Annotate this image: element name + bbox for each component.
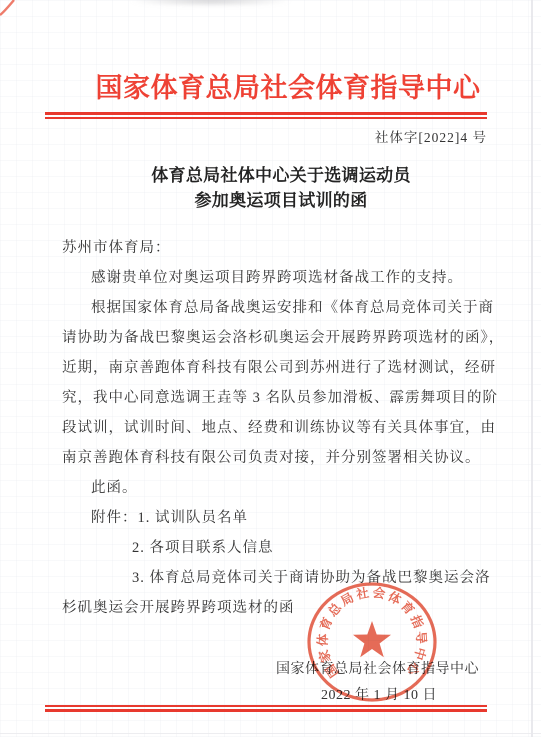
scan-smudge: [128, 0, 293, 6]
title-line-2: 参加奥运项目试训的函: [151, 188, 411, 213]
red-pen-mark-icon: [0, 0, 22, 22]
header-rule: [45, 112, 487, 119]
attachment-line-3-cont: 杉矶奥运会开展跨界跨项选材的函: [62, 593, 514, 623]
letter-body: 苏州市体育局： 感谢贵单位对奥运项目跨界跨项选材备战工作的支持。 根据国家体育总…: [62, 233, 514, 623]
letterhead-org-name: 国家体育总局社会体育指导中心: [96, 66, 481, 105]
attachment-line-2: 2. 各项目联系人信息: [62, 533, 514, 563]
body-line: 根据国家体育总局备战奥运安排和《体育总局竞体司关于商: [62, 293, 514, 323]
title-line-1: 体育总局社体中心关于选调运动员: [151, 163, 411, 188]
attachment-line-3: 3. 体育总局竞体司关于商请协助为备战巴黎奥运会洛: [62, 563, 514, 593]
document-number: 社体字[2022]4 号: [375, 126, 487, 146]
body-line: 此函。: [62, 473, 514, 503]
body-line: 感谢贵单位对奥运项目跨界跨项选材备战工作的支持。: [62, 263, 514, 293]
header-rule-thin: [45, 117, 487, 119]
document-page: 国家体育总局社会体育指导中心 社体字[2022]4 号 体育总局社体中心关于选调…: [0, 0, 541, 737]
official-seal: 国家体育总局社会体育指导中心: [300, 578, 445, 708]
body-line: 究，我中心同意选调王垚等 3 名队员参加滑板、霹雳舞项目的阶: [62, 383, 514, 413]
body-line: 南京善跑体育科技有限公司负责对接，并分别签署相关协议。: [62, 443, 514, 473]
body-line: 请协助为备战巴黎奥运会洛杉矶奥运会开展跨界跨项选材的函》，: [62, 323, 514, 353]
page-edge-right: [531, 0, 533, 737]
attachment-line-1: 附件：1. 试训队员名单: [62, 503, 514, 533]
footer-rule-thick: [45, 709, 487, 712]
footer-rule: [45, 705, 487, 712]
body-line: 段试训，试训时间、地点、经费和训练协议等有关具体事宜，由: [62, 413, 514, 443]
document-title: 体育总局社体中心关于选调运动员 参加奥运项目试训的函: [151, 163, 411, 213]
body-line: 近期，南京善跑体育科技有限公司到苏州进行了选材测试，经研: [62, 353, 514, 383]
body-line: 苏州市体育局：: [62, 233, 514, 263]
seal-star-icon: [353, 621, 391, 657]
page-edge-bottom: [0, 733, 541, 735]
